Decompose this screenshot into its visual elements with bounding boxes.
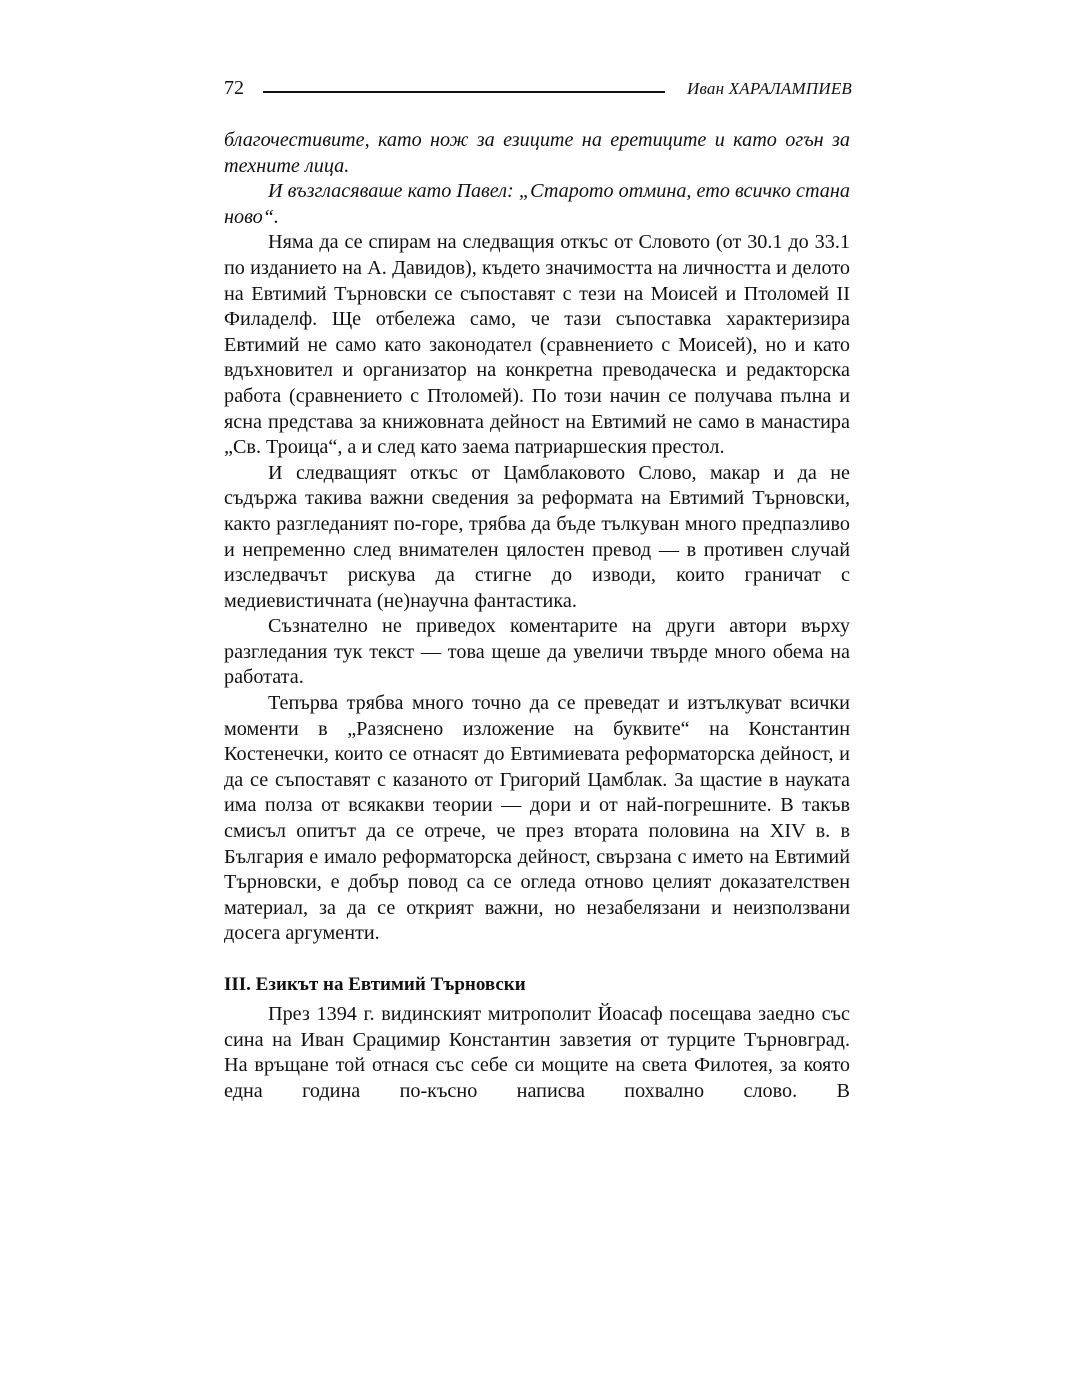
paragraph-section-start: През 1394 г. видинският митрополит Йоаса… — [224, 1002, 850, 1104]
page-header: 72 Иван ХАРАЛАМПИЕВ — [224, 74, 850, 104]
paragraph-quote-pavel: И възгласяваше като Павел: „Старото отми… — [224, 179, 850, 230]
page-body: благочестивите, като нож за езиците на е… — [224, 128, 850, 1104]
paragraph-body: Тепърва трябва много точно да се преведа… — [224, 691, 850, 947]
paragraph-body: Съзнателно не приведох коментарите на др… — [224, 614, 850, 691]
page-number: 72 — [224, 76, 244, 100]
header-rule — [263, 91, 665, 93]
section-heading: III. Езикът на Евтимий Търновски — [224, 972, 850, 998]
paragraph-body: И следващият откъс от Цамблаковото Слово… — [224, 461, 850, 615]
paragraph-quote-continuation: благочестивите, като нож за езиците на е… — [224, 128, 850, 179]
book-page: 72 Иван ХАРАЛАМПИЕВ благочестивите, като… — [224, 74, 850, 1104]
paragraph-body: Няма да се спирам на следващия откъс от … — [224, 230, 850, 460]
running-head-author: Иван ХАРАЛАМПИЕВ — [687, 78, 852, 100]
